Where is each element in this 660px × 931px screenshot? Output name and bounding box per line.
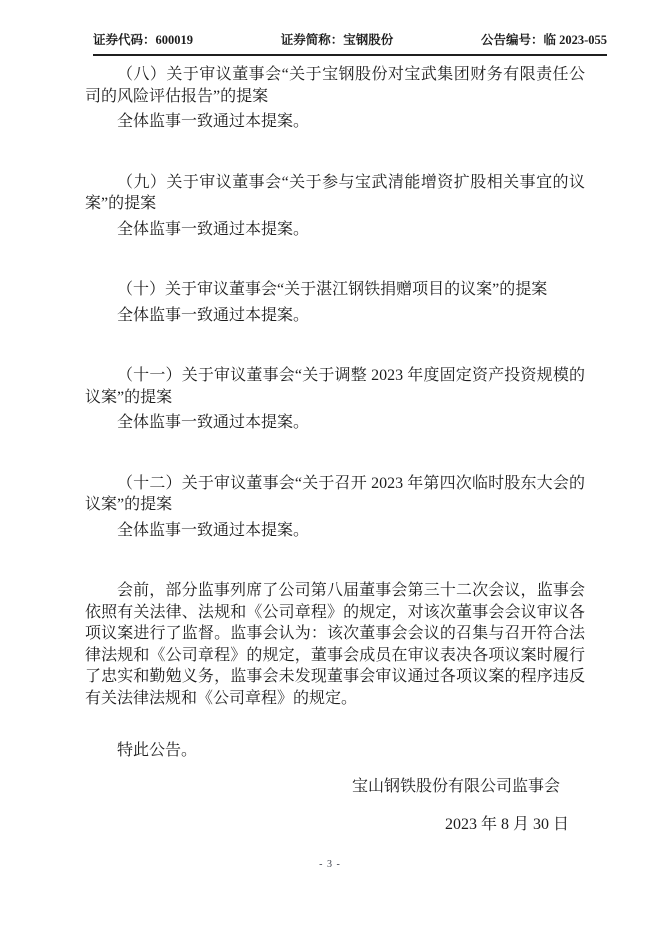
section-heading: （十一）关于审议董事会“关于调整 2023 年度固定资产投资规模的议案”的提案	[85, 365, 585, 408]
stock-name: 证券简称：宝钢股份	[281, 30, 394, 48]
page-number: - 3 -	[0, 859, 660, 870]
section-heading: （十）关于审议董事会“关于湛江钢铁捐赠项目的议案”的提案	[85, 279, 585, 301]
section-12: （十二）关于审议董事会“关于召开 2023 年第四次临时股东大会的议案”的提案 …	[85, 473, 585, 542]
document-page: 证券代码：600019 证券简称：宝钢股份 公告编号：临 2023-055 （八…	[0, 0, 660, 931]
document-header: 证券代码：600019 证券简称：宝钢股份 公告编号：临 2023-055	[93, 30, 607, 56]
section-heading: （十二）关于审议董事会“关于召开 2023 年第四次临时股东大会的议案”的提案	[85, 473, 585, 516]
date-line: 2023 年 8 月 30 日	[85, 814, 585, 836]
section-heading: （八）关于审议董事会“关于宝钢股份对宝武集团财务有限责任公司的风险评估报告”的提…	[85, 64, 585, 107]
section-resolution: 全体监事一致通过本提案。	[85, 111, 585, 133]
signature-line: 宝山钢铁股份有限公司监事会	[85, 776, 585, 798]
announcement-line: 特此公告。	[85, 740, 585, 762]
document-body: （八）关于审议董事会“关于宝钢股份对宝武集团财务有限责任公司的风险评估报告”的提…	[85, 64, 585, 836]
section-10: （十）关于审议董事会“关于湛江钢铁捐赠项目的议案”的提案 全体监事一致通过本提案…	[85, 279, 585, 326]
section-9: （九）关于审议董事会“关于参与宝武清能增资扩股相关事宜的议案”的提案 全体监事一…	[85, 172, 585, 241]
closing-paragraph: 会前，部分监事列席了公司第八届董事会第三十二次会议，监事会依照有关法律、法规和《…	[85, 580, 585, 709]
notice-number: 公告编号：临 2023-055	[481, 30, 607, 48]
section-8: （八）关于审议董事会“关于宝钢股份对宝武集团财务有限责任公司的风险评估报告”的提…	[85, 64, 585, 133]
stock-code: 证券代码：600019	[93, 30, 193, 48]
section-11: （十一）关于审议董事会“关于调整 2023 年度固定资产投资规模的议案”的提案 …	[85, 365, 585, 434]
section-resolution: 全体监事一致通过本提案。	[85, 520, 585, 542]
section-heading: （九）关于审议董事会“关于参与宝武清能增资扩股相关事宜的议案”的提案	[85, 172, 585, 215]
section-resolution: 全体监事一致通过本提案。	[85, 412, 585, 434]
section-resolution: 全体监事一致通过本提案。	[85, 305, 585, 327]
section-resolution: 全体监事一致通过本提案。	[85, 219, 585, 241]
